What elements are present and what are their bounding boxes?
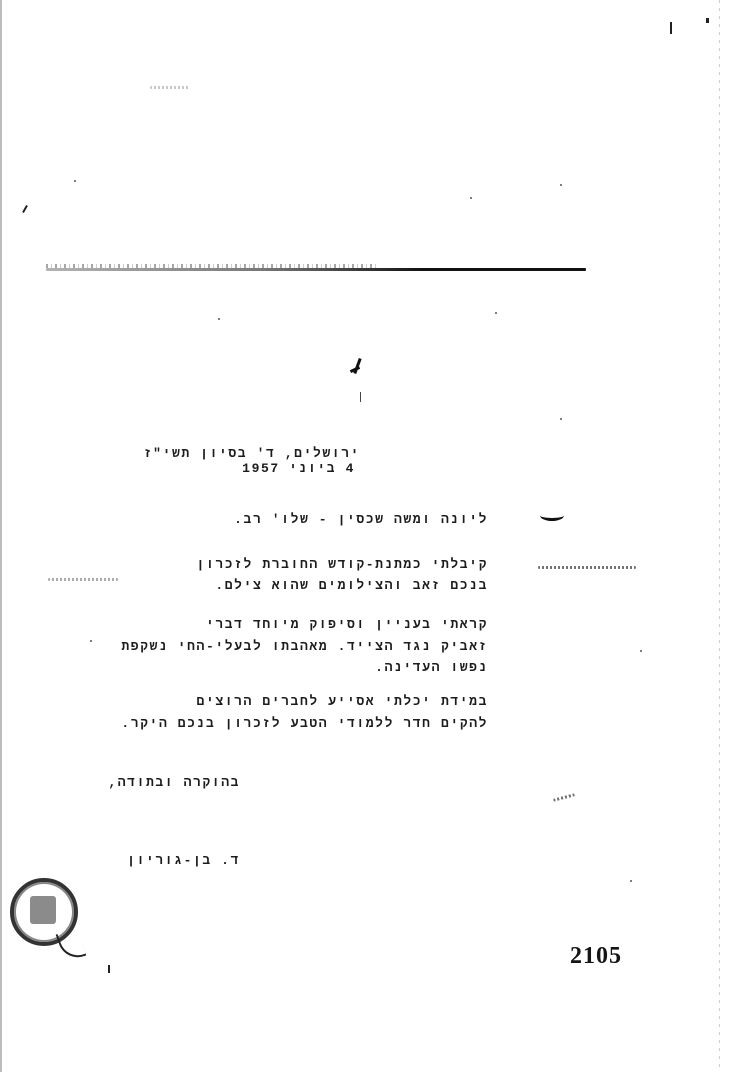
paragraph-1-line-1: קיבלתי כמתנת-קודש החוברת לזכרון [197, 557, 488, 572]
greeting: ליונה ומשה שכסין - שלו' רב. [234, 512, 488, 527]
scan-dot [218, 318, 220, 320]
scan-smudge [150, 86, 190, 89]
scan-ink-arc [540, 510, 564, 521]
scan-smudge [538, 566, 636, 569]
paragraph-2-line-2: זאביק נגד הצייד. מאהבתו לבעלי-החי נשקפת [121, 639, 488, 654]
page-number: 2105 [570, 943, 622, 970]
scan-dot [495, 312, 497, 314]
closing: בהוקרה ובתודה, [108, 775, 240, 790]
document-page: ירושלים, ד' בסיון תשי"ז 4 ביוני 1957 ליו… [0, 0, 750, 1072]
scan-mark [22, 205, 28, 213]
scan-smudge [48, 578, 118, 581]
scan-left-edge [0, 0, 2, 1072]
scan-right-edge [719, 0, 720, 1072]
scan-mark [706, 18, 709, 23]
paragraph-3-line-2: להקים חדר ללמודי הטבע לזכרון בנכם היקר. [121, 716, 488, 731]
stamp-tail-mark [56, 927, 87, 963]
dateline-gregorian: 4 ביוני 1957 [242, 461, 355, 476]
handwritten-initial-icon [350, 358, 364, 376]
scan-dot [74, 180, 76, 182]
scan-dot [470, 197, 472, 199]
dateline-hebrew: ירושלים, ד' בסיון תשי"ז [144, 446, 360, 461]
letterhead-rule [46, 268, 586, 271]
scan-dot [560, 418, 562, 420]
scan-mark [108, 965, 110, 973]
scan-tick-mark [360, 392, 361, 402]
paragraph-2-line-3: נפשו העדינה. [375, 660, 488, 675]
paragraph-2-line-1: קראתי בעניין וסיפוק מיוחד דברי [206, 617, 488, 632]
paragraph-1-line-2: בנכם זאב והצילומים שהוא צילם. [215, 578, 488, 593]
scan-dot [640, 650, 642, 652]
scan-dot [90, 640, 92, 642]
scan-dot [560, 184, 562, 186]
stamp-emblem-icon [30, 896, 56, 924]
paragraph-3-line-1: במידת יכלתי אסייע לחברים הרוצים [197, 694, 488, 709]
signature: ד. בן-גוריון [127, 853, 240, 868]
scan-mark [670, 22, 672, 34]
scan-smudge [553, 793, 575, 802]
scan-dot [630, 880, 632, 882]
